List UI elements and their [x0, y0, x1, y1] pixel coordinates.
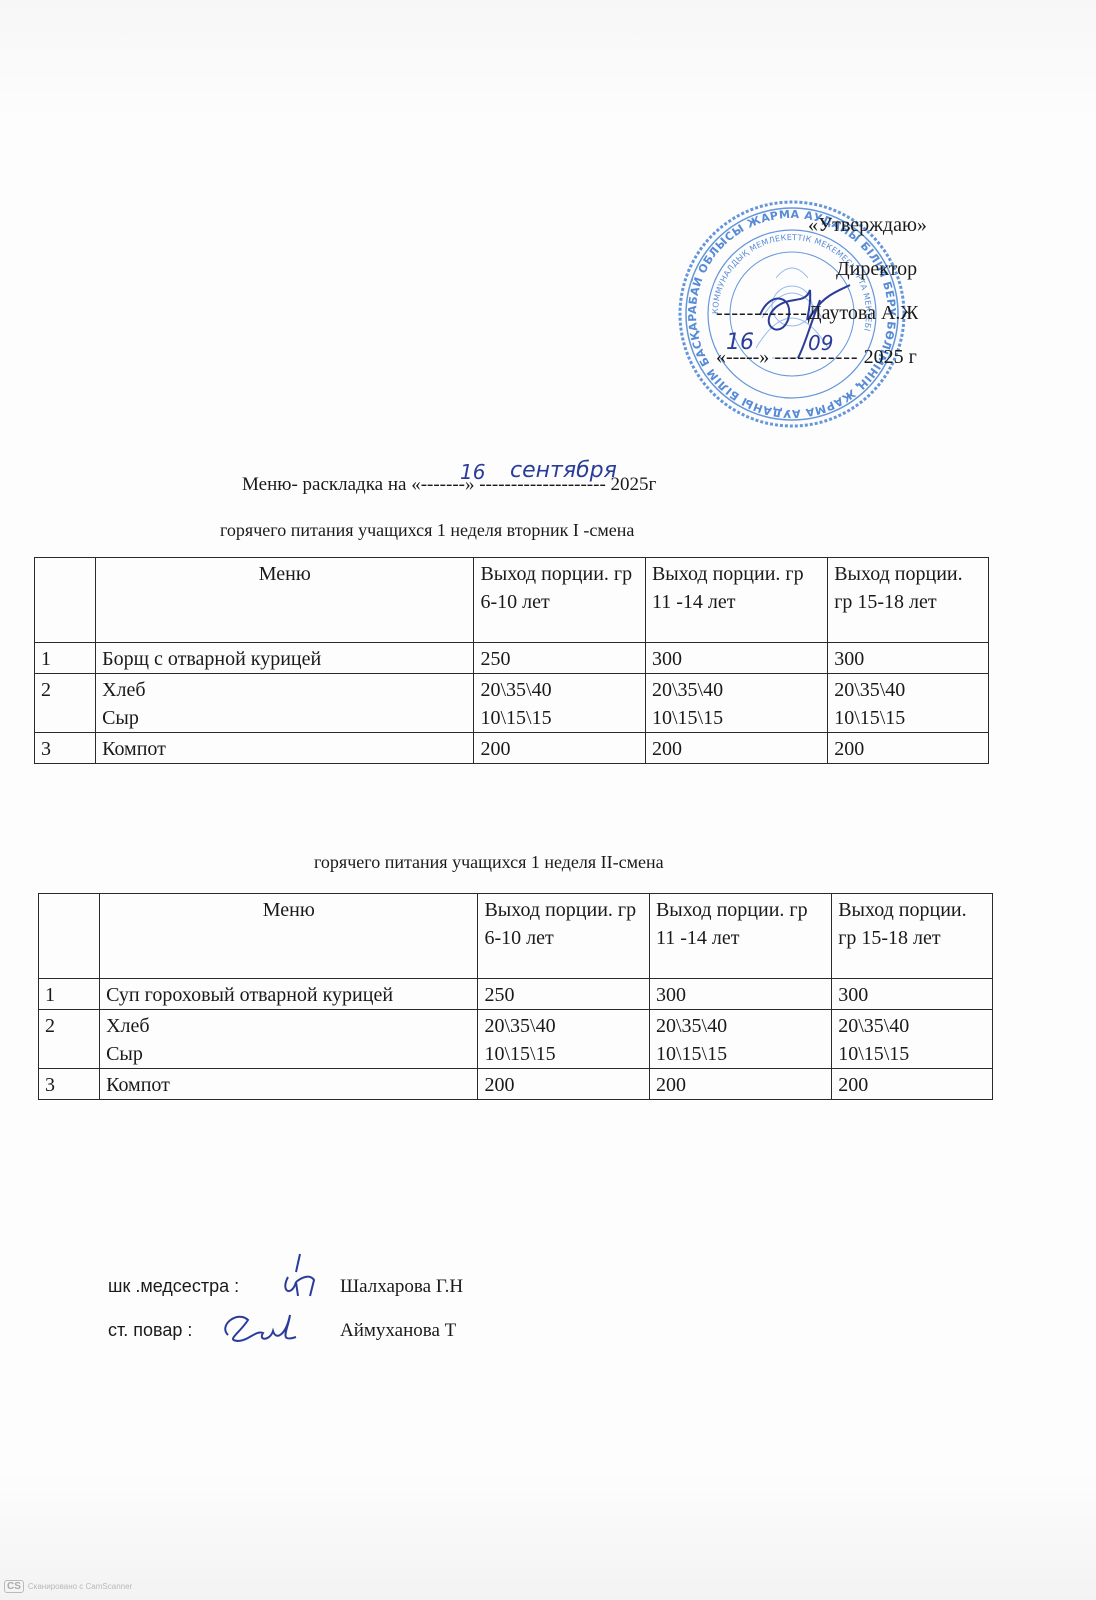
- menu-item-cell: ХлебСыр: [96, 674, 474, 733]
- portion-value: 10\15\15: [834, 704, 982, 732]
- portion-value: 10\15\15: [480, 704, 639, 732]
- portion-cell: 200: [478, 1069, 650, 1100]
- portion-value: 10\15\15: [838, 1040, 986, 1068]
- menu-item: Хлеб: [106, 1012, 471, 1040]
- portion-cell: 20\35\4010\15\15: [649, 1010, 831, 1069]
- row-number: 1: [39, 979, 100, 1010]
- nurse-signature: [270, 1252, 320, 1302]
- menu-item: Хлеб: [102, 676, 467, 704]
- portion-value: 20\35\40: [834, 676, 982, 704]
- menu-table-shift-2: МенюВыход порции. гр 6-10 летВыход порци…: [38, 893, 993, 1100]
- row-number: 3: [35, 733, 96, 764]
- column-header: Выход порции. гр 6-10 лет: [478, 894, 650, 979]
- portion-cell: 20\35\4010\15\15: [645, 674, 827, 733]
- portion-value: 250: [480, 645, 639, 673]
- column-header: [35, 558, 96, 643]
- approval-position: Директор: [808, 247, 927, 291]
- menu-item: Борщ с отварной курицей: [102, 645, 467, 673]
- menu-item: Суп гороховый отварной курицей: [106, 981, 471, 1009]
- menu-item: Сыр: [102, 704, 467, 732]
- portion-value: 300: [834, 645, 982, 673]
- menu-item-cell: Борщ с отварной курицей: [96, 643, 474, 674]
- table-header-row: МенюВыход порции. гр 6-10 летВыход порци…: [35, 558, 989, 643]
- portion-cell: 300: [832, 979, 993, 1010]
- portion-value: 20\35\40: [838, 1012, 986, 1040]
- portion-cell: 20\35\4010\15\15: [828, 674, 989, 733]
- portion-value: 250: [484, 981, 643, 1009]
- column-header: Выход порции. гр 6-10 лет: [474, 558, 646, 643]
- portion-value: 200: [656, 1071, 825, 1099]
- document-page: АБАЙ ОБЛЫСЫ ЖАРМА АУДАНЫ БІЛІМ БЕРУ БӨЛІ…: [0, 0, 1096, 1600]
- portion-cell: 200: [474, 733, 646, 764]
- title-year: 2025г: [611, 474, 657, 495]
- menu-item: Компот: [106, 1071, 471, 1099]
- portion-value: 200: [480, 735, 639, 763]
- portion-value: 200: [484, 1071, 643, 1099]
- approval-heading: «Утверждаю»: [808, 203, 927, 247]
- table-2-subtitle: горячего питания учащихся 1 неделя II-см…: [314, 852, 664, 873]
- portion-value: 300: [656, 981, 825, 1009]
- portion-value: 300: [652, 645, 821, 673]
- row-number: 2: [35, 674, 96, 733]
- table-row: 2ХлебСыр20\35\4010\15\1520\35\4010\15\15…: [39, 1010, 993, 1069]
- approval-year: 2025 г: [864, 346, 917, 368]
- table-row: 1Борщ с отварной курицей250300300: [35, 643, 989, 674]
- portion-value: 200: [652, 735, 821, 763]
- portion-cell: 200: [645, 733, 827, 764]
- signature-name: Аймуханова Т: [340, 1320, 456, 1342]
- row-number: 1: [35, 643, 96, 674]
- title-handwritten-day: 16: [460, 460, 485, 484]
- camscanner-logo-icon: CS: [4, 1580, 24, 1593]
- menu-item: Сыр: [106, 1040, 471, 1068]
- table-row: 3Компот200200200: [39, 1069, 993, 1100]
- table-header-row: МенюВыход порции. гр 6-10 летВыход порци…: [39, 894, 993, 979]
- approval-handwritten-day: 16: [726, 321, 754, 365]
- column-header: Выход порции. гр 15-18 лет: [828, 558, 989, 643]
- table-row: 1Суп гороховый отварной курицей250300300: [39, 979, 993, 1010]
- signature-name: Шалхарова Г.Н: [340, 1276, 463, 1298]
- portion-value: 200: [834, 735, 982, 763]
- menu-item-cell: Суп гороховый отварной курицей: [100, 979, 478, 1010]
- approval-date-line: «-----» ----------- 2025 г 16 09: [716, 335, 927, 379]
- portion-cell: 250: [474, 643, 646, 674]
- portion-cell: 20\35\4010\15\15: [474, 674, 646, 733]
- column-header: Выход порции. гр 11 -14 лет: [649, 894, 831, 979]
- portion-cell: 250: [478, 979, 650, 1010]
- portion-value: 20\35\40: [480, 676, 639, 704]
- title-prefix: Меню- раскладка на: [242, 474, 406, 495]
- row-number: 2: [39, 1010, 100, 1069]
- scanner-watermark: CS Сканировано с CamScanner: [4, 1580, 132, 1593]
- approval-block: «Утверждаю» Директор ------------Даутова…: [808, 203, 927, 379]
- row-number: 3: [39, 1069, 100, 1100]
- approval-handwritten-month: 09: [808, 321, 833, 365]
- portion-value: 10\15\15: [652, 704, 821, 732]
- portion-value: 20\35\40: [656, 1012, 825, 1040]
- portion-value: 300: [838, 981, 986, 1009]
- portion-cell: 200: [649, 1069, 831, 1100]
- portion-value: 200: [838, 1071, 986, 1099]
- portion-cell: 300: [828, 643, 989, 674]
- column-header: Выход порции. гр 11 -14 лет: [645, 558, 827, 643]
- portion-cell: 200: [832, 1069, 993, 1100]
- menu-item-cell: ХлебСыр: [100, 1010, 478, 1069]
- column-header: Выход порции. гр 15-18 лет: [832, 894, 993, 979]
- portion-value: 10\15\15: [484, 1040, 643, 1068]
- title-handwritten-month: сентября: [510, 458, 617, 483]
- portion-cell: 20\35\4010\15\15: [832, 1010, 993, 1069]
- cook-signature: [218, 1305, 298, 1345]
- column-header: [39, 894, 100, 979]
- menu-item-cell: Компот: [100, 1069, 478, 1100]
- table-row: 3Компот200200200: [35, 733, 989, 764]
- portion-cell: 300: [649, 979, 831, 1010]
- menu-table-shift-1: МенюВыход порции. гр 6-10 летВыход порци…: [34, 557, 989, 764]
- table-row: 2ХлебСыр20\35\4010\15\1520\35\4010\15\15…: [35, 674, 989, 733]
- table-1-subtitle: горячего питания учащихся 1 неделя вторн…: [220, 520, 634, 541]
- portion-value: 10\15\15: [656, 1040, 825, 1068]
- column-header: Меню: [100, 894, 478, 979]
- menu-item: Компот: [102, 735, 467, 763]
- portion-cell: 300: [645, 643, 827, 674]
- portion-cell: 200: [828, 733, 989, 764]
- menu-item-cell: Компот: [96, 733, 474, 764]
- portion-value: 20\35\40: [652, 676, 821, 704]
- portion-value: 20\35\40: [484, 1012, 643, 1040]
- column-header: Меню: [96, 558, 474, 643]
- document-title: Меню- раскладка на «-------» -----------…: [242, 474, 656, 496]
- portion-cell: 20\35\4010\15\15: [478, 1010, 650, 1069]
- scanner-text: Сканировано с CamScanner: [28, 1582, 132, 1591]
